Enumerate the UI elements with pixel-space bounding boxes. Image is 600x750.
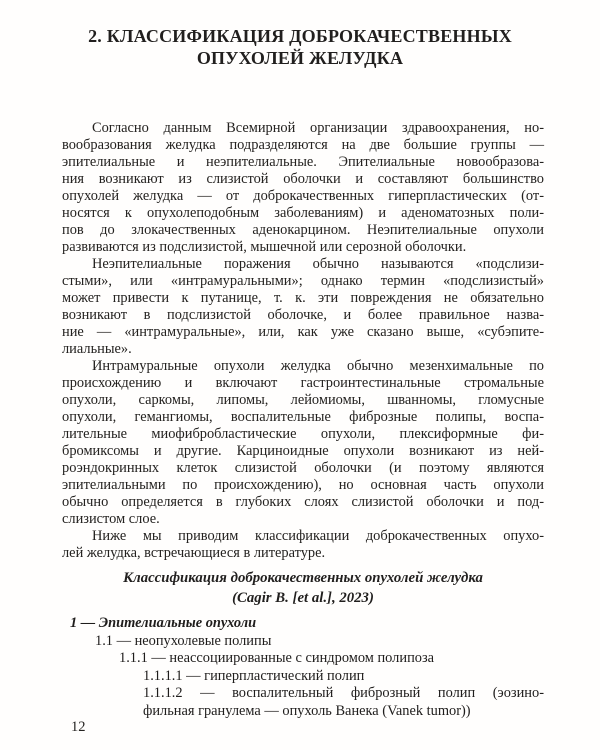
list-item-1: 1 — Эпителиальные опухоли	[62, 615, 544, 633]
classification-heading: Классификация доброкачественных опухолей…	[62, 569, 544, 608]
body-text: Согласно данным Всемирной организации зд…	[62, 120, 544, 562]
list-item-text: 1.1.1.1 — гиперпластический полип	[143, 668, 544, 686]
text-line: лиальные».	[62, 341, 544, 358]
paragraph-2: Неэпителиальные поражения обычно называю…	[62, 256, 544, 358]
text-line: Интрамуральные опухоли желудка обычно ме…	[62, 358, 544, 375]
text-line: пов до злокачественных аденокарцином. Не…	[62, 222, 544, 239]
text-line: ние — «интрамуральные», или, как уже ска…	[62, 324, 544, 341]
text-line: Неэпителиальные поражения обычно называю…	[62, 256, 544, 273]
classification-heading-line-2: (Cagir B. [et al.], 2023)	[62, 589, 544, 609]
list-item-text: 1.1.1 — неассоциированные с синдромом по…	[119, 650, 544, 668]
text-line: вообразования желудка подразделяются на …	[62, 137, 544, 154]
book-page: 2. КЛАССИФИКАЦИЯ ДОБРОКАЧЕСТВЕННЫХ ОПУХО…	[0, 0, 600, 750]
paragraph-1: Согласно данным Всемирной организации зд…	[62, 120, 544, 256]
chapter-title-line-1: 2. КЛАССИФИКАЦИЯ ДОБРОКАЧЕСТВЕННЫХ	[0, 25, 600, 47]
text-line: носятся к опухолеподобным заболеваниям) …	[62, 205, 544, 222]
text-line: роэндокринных клеток слизистой оболочки …	[62, 460, 544, 477]
text-line: опухоли, гемангиомы, воспалительные фибр…	[62, 409, 544, 426]
text-line: Ниже мы приводим классификации доброкаче…	[62, 528, 544, 545]
text-line: опухоли, саркомы, липомы, лейомиомы, шва…	[62, 392, 544, 409]
list-item-text: 1.1 — неопухолевые полипы	[95, 633, 544, 651]
text-line: бромиксомы и другие. Карциноидные опухол…	[62, 443, 544, 460]
list-item-1-1: 1.1 — неопухолевые полипы	[62, 633, 544, 651]
list-item-1-1-1-2: 1.1.1.2 — воспалительный фиброзный полип…	[62, 685, 544, 720]
text-line: развиваются из подслизистой, мышечной ил…	[62, 239, 544, 256]
text-line: ния возникают из слизистой оболочки и со…	[62, 171, 544, 188]
list-item-text: 1.1.1.2 — воспалительный фиброзный полип…	[143, 685, 544, 703]
text-line: обычно определяется в глубоких слоях сли…	[62, 494, 544, 511]
list-item-text: 1 — Эпителиальные опухоли	[70, 615, 544, 633]
list-item-1-1-1: 1.1.1 — неассоциированные с синдромом по…	[62, 650, 544, 668]
text-line: возникают в подслизистой оболочке, и бол…	[62, 307, 544, 324]
text-line: эпителиальными по происхождению), но осн…	[62, 477, 544, 494]
chapter-title: 2. КЛАССИФИКАЦИЯ ДОБРОКАЧЕСТВЕННЫХ ОПУХО…	[0, 25, 600, 69]
classification-heading-line-1: Классификация доброкачественных опухолей…	[62, 569, 544, 589]
text-line: стыми», или «интрамуральными»; однако те…	[62, 273, 544, 290]
page-number: 12	[71, 719, 86, 736]
paragraph-3: Интрамуральные опухоли желудка обычно ме…	[62, 358, 544, 528]
paragraph-4: Ниже мы приводим классификации доброкаче…	[62, 528, 544, 562]
text-line: лей желудка, встречающиеся в литературе.	[62, 545, 544, 562]
text-line: Согласно данным Всемирной организации зд…	[62, 120, 544, 137]
text-line: слизистом слое.	[62, 511, 544, 528]
chapter-title-line-2: ОПУХОЛЕЙ ЖЕЛУДКА	[0, 47, 600, 69]
text-line: опухолей желудка — от доброкачественных …	[62, 188, 544, 205]
text-line: происхождению и включают гастроинтестина…	[62, 375, 544, 392]
text-line: лительные миофибробластические опухоли, …	[62, 426, 544, 443]
text-line: эпителиальные и неэпителиальные. Эпители…	[62, 154, 544, 171]
list-item-1-1-1-1: 1.1.1.1 — гиперпластический полип	[62, 668, 544, 686]
text-line: может привести к путанице, т. к. эти пов…	[62, 290, 544, 307]
classification-list: 1 — Эпителиальные опухоли 1.1 — неопухол…	[62, 615, 544, 721]
list-item-text: фильная гранулема — опухоль Ванека (Vane…	[143, 703, 544, 721]
